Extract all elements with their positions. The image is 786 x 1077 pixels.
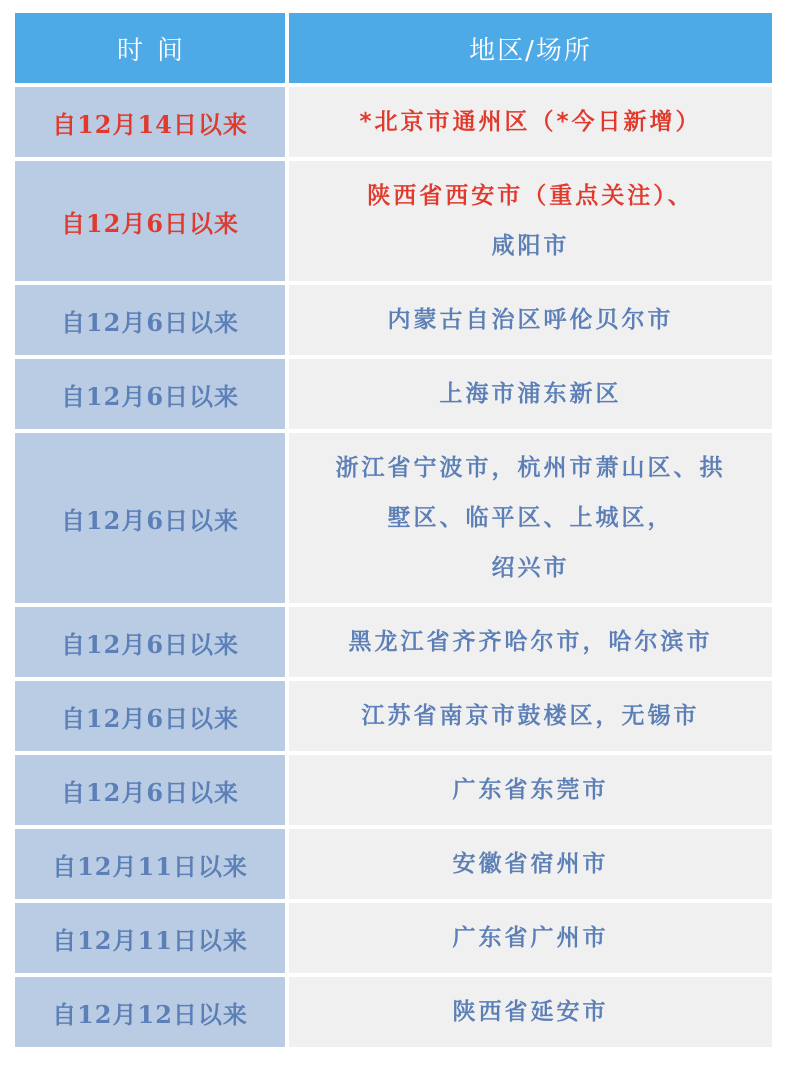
area-cell: *北京市通州区（*今日新增）: [289, 87, 772, 157]
area-line: 安徽省宿州市: [453, 839, 609, 889]
header-area-label: 地区/场所: [469, 30, 592, 67]
area-line: 墅区、临平区、上城区，: [388, 493, 674, 543]
area-cell: 黑龙江省齐齐哈尔市，哈尔滨市: [289, 607, 772, 677]
table-row: 自12月14日以来 *北京市通州区（*今日新增）: [15, 87, 772, 157]
table-row: 自12月6日以来 江苏省南京市鼓楼区，无锡市: [15, 681, 772, 751]
area-cell: 安徽省宿州市: [289, 829, 772, 899]
area-cell: 内蒙古自治区呼伦贝尔市: [289, 285, 772, 355]
area-line: 黑龙江省齐齐哈尔市，哈尔滨市: [349, 617, 713, 667]
table-row: 自12月6日以来 浙江省宁波市，杭州市萧山区、拱 墅区、临平区、上城区， 绍兴市: [15, 433, 772, 603]
area-line: 广东省广州市: [453, 913, 609, 963]
time-cell: 自12月12日以来: [15, 977, 285, 1047]
time-cell: 自12月11日以来: [15, 903, 285, 973]
area-cell: 浙江省宁波市，杭州市萧山区、拱 墅区、临平区、上城区， 绍兴市: [289, 433, 772, 603]
area-cell: 上海市浦东新区: [289, 359, 772, 429]
time-cell: 自12月6日以来: [15, 607, 285, 677]
area-line: 咸阳市: [492, 221, 570, 271]
table-row: 自12月6日以来 广东省东莞市: [15, 755, 772, 825]
time-cell: 自12月14日以来: [15, 87, 285, 157]
time-cell: 自12月6日以来: [15, 285, 285, 355]
area-line: 上海市浦东新区: [440, 369, 622, 419]
area-line: 陕西省延安市: [453, 987, 609, 1037]
time-cell: 自12月6日以来: [15, 755, 285, 825]
area-cell: 陕西省延安市: [289, 977, 772, 1047]
header-area: 地区/场所: [289, 13, 772, 83]
time-cell: 自12月6日以来: [15, 161, 285, 281]
area-cell: 江苏省南京市鼓楼区，无锡市: [289, 681, 772, 751]
area-line: 广东省东莞市: [453, 765, 609, 815]
area-line: 绍兴市: [492, 543, 570, 593]
time-cell: 自12月11日以来: [15, 829, 285, 899]
table-header: 时间 地区/场所: [15, 13, 772, 83]
header-time-label: 时间: [117, 30, 197, 67]
table-row: 自12月6日以来 陕西省西安市（重点关注）、 咸阳市: [15, 161, 772, 281]
area-cell: 陕西省西安市（重点关注）、 咸阳市: [289, 161, 772, 281]
header-time: 时间: [15, 13, 285, 83]
area-line: 浙江省宁波市，杭州市萧山区、拱: [336, 443, 726, 493]
time-cell: 自12月6日以来: [15, 359, 285, 429]
area-line: *北京市通州区（*今日新增）: [359, 97, 701, 147]
time-cell: 自12月6日以来: [15, 433, 285, 603]
table-row: 自12月6日以来 内蒙古自治区呼伦贝尔市: [15, 285, 772, 355]
area-line: 内蒙古自治区呼伦贝尔市: [388, 295, 674, 345]
table-row: 自12月11日以来 安徽省宿州市: [15, 829, 772, 899]
area-cell: 广东省东莞市: [289, 755, 772, 825]
area-cell: 广东省广州市: [289, 903, 772, 973]
area-line: 陕西省西安市（重点关注）、: [367, 171, 694, 221]
risk-area-table: 时间 地区/场所 自12月14日以来 *北京市通州区（*今日新增） 自12月6日…: [15, 13, 772, 1051]
table-row: 自12月12日以来 陕西省延安市: [15, 977, 772, 1047]
table-row: 自12月11日以来 广东省广州市: [15, 903, 772, 973]
table-row: 自12月6日以来 黑龙江省齐齐哈尔市，哈尔滨市: [15, 607, 772, 677]
area-line: 江苏省南京市鼓楼区，无锡市: [362, 691, 700, 741]
table-row: 自12月6日以来 上海市浦东新区: [15, 359, 772, 429]
time-cell: 自12月6日以来: [15, 681, 285, 751]
